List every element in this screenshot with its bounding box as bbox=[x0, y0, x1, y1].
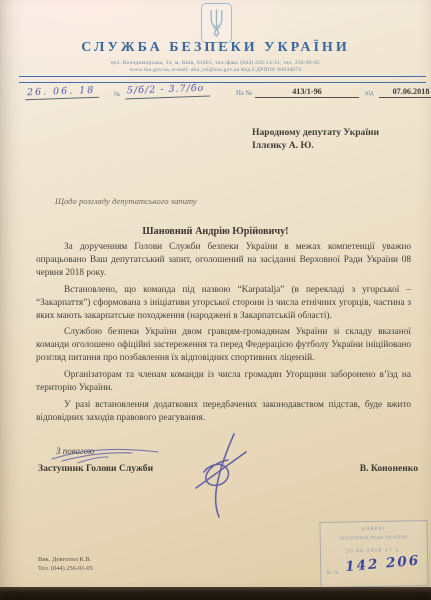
outgoing-date-handwritten: 26. 06. 18 bbox=[25, 85, 100, 101]
paragraph-3: Службою безпеки України двом гравцям-гро… bbox=[36, 326, 411, 365]
incoming-from-label: від bbox=[365, 90, 374, 97]
salutation: Шановний Андрію Юрійовичу! bbox=[0, 226, 431, 237]
stamp-vx-label: Вх. № bbox=[326, 571, 339, 576]
subject-line: Щодо розгляду депутатського запиту bbox=[55, 196, 197, 206]
reference-row: 26. 06. 18 № 5/б/2 - 3.7/бо На № 413/1-9… bbox=[19, 84, 426, 102]
executor-name: Вик. Довгопол К.В. bbox=[38, 555, 93, 564]
stamp-number-handwritten: 142 206 bbox=[345, 553, 421, 575]
signer-name: В. Кононенко bbox=[360, 463, 418, 474]
incoming-number: 413/1-96 bbox=[255, 87, 359, 98]
recipient-block: Народному депутату України Іллєнку А. Ю. bbox=[252, 127, 379, 152]
header-divider bbox=[19, 76, 426, 83]
trident-emblem-icon bbox=[201, 3, 232, 43]
letter-body: За дорученням Голови Служби безпеки Укра… bbox=[36, 241, 411, 429]
stamp-line1: АПАРАТ bbox=[321, 526, 427, 533]
outgoing-no-label: № bbox=[114, 91, 120, 98]
scanned-letter: СЛУЖБА БЕЗПЕКИ УКРАЇНИ вул. Володимирськ… bbox=[0, 0, 431, 600]
signature-ink bbox=[188, 430, 258, 525]
incoming-date: 07.06.2018 bbox=[379, 87, 431, 98]
stamp-line2: ВЕРХОВНОЇ РАДИ УКРАЇНИ bbox=[321, 534, 427, 541]
paragraph-1: За дорученням Голови Служби безпеки Укра… bbox=[36, 241, 411, 280]
incoming-no-label: На № bbox=[236, 90, 252, 97]
org-contacts: www.ssu.gov.ua, e-mail: sbu_ssl@ssu.gov.… bbox=[0, 67, 431, 73]
outgoing-number-handwritten: 5/б/2 - 3.7/бо bbox=[125, 83, 211, 100]
signer-position: Заступник Голови Служби bbox=[38, 463, 153, 474]
incoming-stamp: АПАРАТ ВЕРХОВНОЇ РАДИ УКРАЇНИ 26.06.2018… bbox=[319, 520, 428, 588]
recipient-line2: Іллєнку А. Ю. bbox=[252, 140, 379, 153]
paragraph-5: У разі встановлення додаткових передбаче… bbox=[36, 399, 411, 425]
org-address: вул. Володимирська, 33, м. Київ, 01601, … bbox=[0, 60, 431, 66]
photo-table-edge bbox=[0, 587, 431, 600]
executor-block: Вик. Довгопол К.В. Тел. (044) 256-91-05 bbox=[38, 555, 93, 573]
executor-phone: Тел. (044) 256-91-05 bbox=[38, 564, 93, 573]
paragraph-4: Організаторам та членам команди із числа… bbox=[36, 369, 411, 395]
paragraph-2: Встановлено, що команда під назвою “Karp… bbox=[36, 284, 411, 323]
org-title: СЛУЖБА БЕЗПЕКИ УКРАЇНИ bbox=[0, 40, 431, 56]
recipient-line1: Народному депутату України bbox=[252, 127, 379, 140]
